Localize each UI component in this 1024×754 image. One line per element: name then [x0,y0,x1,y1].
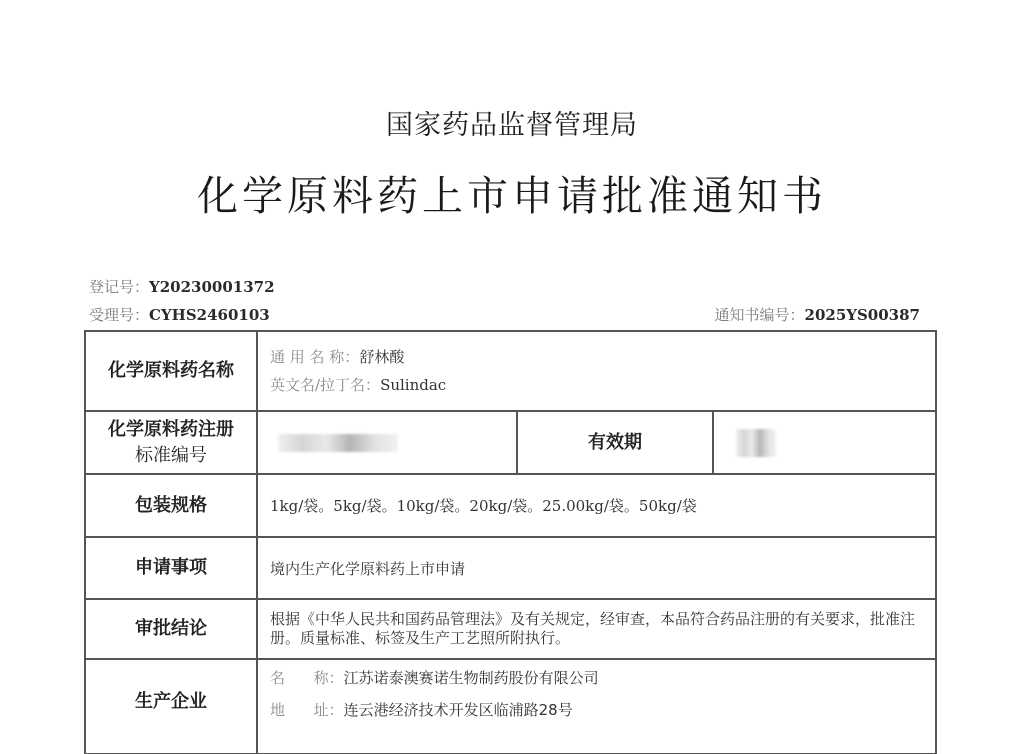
table-row-manufacturer: 生产企业 名 称：江苏诺泰澳赛诺生物制药股份有限公司 地 址：连云港经济技术开发… [85,659,936,754]
validity-cell [713,411,936,474]
document-title: 化学原料药上市申请批准通知书 [0,163,1024,222]
conclusion-value: 根据《中华人民共和国药品管理法》及有关规定，经审查，本品符合药品注册的有关要求，… [257,599,936,659]
issuing-agency: 国家药品监督管理局 [0,103,1024,142]
manufacturer-name-label: 名 称： [270,669,344,687]
registration-label: 登记号： [89,278,149,296]
english-name-label: 英文名/拉丁名： [270,376,380,394]
acceptance-value: CYHS2460103 [149,306,270,324]
package-value: 1kg/袋。5kg/袋。10kg/袋。20kg/袋。25.00kg/袋。50kg… [257,474,936,537]
common-name-value: 舒林酸 [359,348,404,366]
manufacturer-name-value: 江苏诺泰澳赛诺生物制药股份有限公司 [344,669,599,687]
drug-name-label: 化学原料药名称 [85,331,257,411]
notice-label: 通知书编号： [715,306,805,324]
standard-number-cell [257,411,517,474]
notice-number: 通知书编号：2025YS00387 [715,304,921,325]
table-row-standard: 化学原料药注册 标准编号 有效期 [85,411,936,474]
manufacturer-cell: 名 称：江苏诺泰澳赛诺生物制药股份有限公司 地 址：连云港经济技术开发区临浦路2… [257,659,936,754]
common-name-label: 通 用 名 称： [270,348,359,366]
registration-number: 登记号：Y20230001372 [89,276,275,297]
table-row-application: 申请事项 境内生产化学原料药上市申请 [85,537,936,599]
application-label: 申请事项 [85,537,257,599]
english-name-value: Sulindac [380,376,446,394]
validity-label: 有效期 [517,411,713,474]
notice-value: 2025YS00387 [805,306,920,324]
drug-name-cell: 通 用 名 称：舒林酸 英文名/拉丁名：Sulindac [257,331,936,411]
package-label: 包装规格 [85,474,257,537]
conclusion-label: 审批结论 [85,599,257,659]
standard-label: 化学原料药注册 标准编号 [85,411,257,474]
standard-label-line2: 标准编号 [86,443,256,469]
approval-table: 化学原料药名称 通 用 名 称：舒林酸 英文名/拉丁名：Sulindac 化学原… [84,330,937,754]
acceptance-label: 受理号： [89,306,149,324]
application-value: 境内生产化学原料药上市申请 [257,537,936,599]
manufacturer-label: 生产企业 [85,659,257,754]
redacted-validity [736,429,776,457]
table-row-package: 包装规格 1kg/袋。5kg/袋。10kg/袋。20kg/袋。25.00kg/袋… [85,474,936,537]
manufacturer-address-value: 连云港经济技术开发区临浦路28号 [344,701,573,719]
standard-label-line1: 化学原料药注册 [86,417,256,443]
acceptance-number: 受理号：CYHS2460103 [89,304,270,325]
manufacturer-address-label: 地 址： [270,701,344,719]
table-row-drug-name: 化学原料药名称 通 用 名 称：舒林酸 英文名/拉丁名：Sulindac [85,331,936,411]
registration-value: Y20230001372 [149,278,275,296]
redacted-standard-number [278,434,398,452]
table-row-conclusion: 审批结论 根据《中华人民共和国药品管理法》及有关规定，经审查，本品符合药品注册的… [85,599,936,659]
